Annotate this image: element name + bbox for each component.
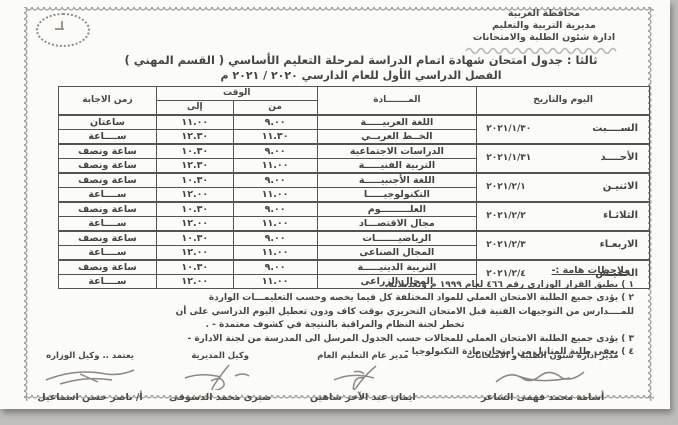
signature-name: ايمان عبد الآخر شاهين bbox=[288, 392, 437, 403]
signature-block-exams-director: مدير ادارة شئون الطلبة و الامتحانات أسام… bbox=[437, 351, 648, 403]
duration-cell: ســــاعة bbox=[59, 246, 157, 261]
table-row: الأحــــد ٢٠٢١/١/٣١ الدراسات الاجتماعية … bbox=[59, 144, 650, 159]
signature-block-ministry-undersecretary: يعتمد .. وكيل الوزاره أ/ ناصر حسن اسماعي… bbox=[28, 351, 152, 403]
signature-title: مدير عام التعليم العام bbox=[288, 351, 437, 361]
time-to-cell: ١٢.٠٠ bbox=[156, 246, 233, 261]
col-header-from: من bbox=[233, 101, 317, 116]
day-date: ٢٠٢١/٢/٣ bbox=[486, 241, 526, 250]
note-line: ٣ ) يؤدى جميع الطلبة الامتحان العملي للم… bbox=[36, 333, 634, 347]
letterhead: محافظة الغربية مديرية التربية والتعليم ا… bbox=[444, 8, 644, 54]
directorate-name: مديرية التربية والتعليم bbox=[444, 20, 644, 31]
table-row: الاثنيـن ٢٠٢١/٢/١ اللغة الأجنبيـــــة ٩.… bbox=[59, 173, 650, 188]
day-date-cell: الاثنيـن ٢٠٢١/٢/١ bbox=[477, 173, 650, 202]
time-to-cell: ١٠.٣٠ bbox=[156, 173, 233, 188]
signature-block-general-education-director: مدير عام التعليم العام ايمان عبد الآخر ش… bbox=[288, 351, 437, 403]
time-to-cell: ١١.٠٠ bbox=[156, 115, 233, 130]
duration-cell: ساعة ونصف bbox=[59, 173, 157, 188]
signature-title: وكيل المديرية bbox=[152, 351, 288, 361]
day-name: الأحــــد bbox=[600, 153, 638, 164]
subject-cell: الدراسات الاجتماعية bbox=[317, 144, 477, 159]
note-line: تخطر لجنة النظام والمراقبة بالنتيجة في ك… bbox=[36, 319, 634, 333]
time-to-cell: ١٢.٠٠ bbox=[156, 188, 233, 203]
time-from-cell: ١١.٠٠ bbox=[233, 246, 317, 261]
time-to-cell: ١٢.٠٠ bbox=[156, 217, 233, 232]
day-date-cell: الأحــــد ٢٠٢١/١/٣١ bbox=[477, 144, 650, 173]
col-header-time: الوقت bbox=[156, 87, 317, 101]
table-header-row: اليوم والتاريخ المـــــــادة الوقت زمن ا… bbox=[59, 87, 650, 101]
governorate-name: محافظة الغربية bbox=[444, 8, 644, 19]
note-line: ٢ ) يؤدى جميع الطلبة الامتحان العملي للم… bbox=[36, 292, 634, 306]
time-from-cell: ٩.٠٠ bbox=[233, 173, 317, 188]
table-row: الثلاثـاء ٢٠٢١/٢/٢ العلـــــــــوم ٩.٠٠ … bbox=[59, 202, 650, 217]
table-row: الاربعـاء ٢٠٢١/٢/٣ الرياضيـــــــات ٩.٠٠… bbox=[59, 231, 650, 246]
time-from-cell: ١١.٠٠ bbox=[233, 188, 317, 203]
signature-name: أسامة محمد فهمى الشاعر bbox=[437, 392, 648, 403]
subject-cell: العلـــــــــوم bbox=[317, 202, 477, 217]
title-line-1: ثالثا : جدول امتحان شهادة اتمام الدراسة … bbox=[66, 53, 656, 67]
duration-cell: ساعة ونصف bbox=[59, 159, 157, 174]
duration-cell: ســــاعة bbox=[59, 130, 157, 145]
subject-cell: الرياضيـــــــات bbox=[317, 231, 477, 246]
day-name: الثلاثـاء bbox=[603, 211, 638, 222]
time-to-cell: ١٢.٣٠ bbox=[156, 130, 233, 145]
time-from-cell: ١١.٠٠ bbox=[233, 159, 317, 174]
note-line: للمــــدارس من التوجيهات الفنية قبل الام… bbox=[36, 306, 634, 320]
time-from-cell: ٩.٠٠ bbox=[233, 202, 317, 217]
time-from-cell: ٩.٠٠ bbox=[233, 115, 317, 130]
administration-name: ادارة شئون الطلبة والامتحانات bbox=[444, 32, 644, 43]
duration-cell: ساعة ونصف bbox=[59, 231, 157, 246]
table-row: الســــبت ٢٠٢١/١/٣٠ اللغة العربيـــــة ٩… bbox=[59, 115, 650, 130]
day-name: الاربعـاء bbox=[600, 240, 638, 251]
day-name: الاثنيـن bbox=[603, 182, 638, 193]
signature-scribble-icon bbox=[175, 364, 265, 390]
title-line-2: الفصل الدراسي الأول للعام الدارسي ٢٠٢٠ /… bbox=[66, 69, 656, 82]
duration-cell: ساعة ونصف bbox=[59, 202, 157, 217]
signature-title: مدير ادارة شئون الطلبة و الامتحانات bbox=[437, 351, 648, 361]
time-from-cell: ١١.٣٠ bbox=[233, 130, 317, 145]
signature-scribble-icon bbox=[488, 366, 598, 388]
signature-name: أ/ ناصر حسن اسماعيل bbox=[28, 392, 152, 403]
signature-block-deputy-directorate: وكيل المديرية صبرى محمد الدسوقى bbox=[152, 351, 288, 403]
document-title: ثالثا : جدول امتحان شهادة اتمام الدراسة … bbox=[66, 53, 656, 82]
time-to-cell: ١٠.٣٠ bbox=[156, 144, 233, 159]
time-to-cell: ١٢.٣٠ bbox=[156, 159, 233, 174]
col-header-to: إلى bbox=[156, 101, 233, 116]
duration-cell: ساعتان bbox=[59, 115, 157, 130]
time-from-cell: ٩.٠٠ bbox=[233, 231, 317, 246]
day-date-cell: الثلاثـاء ٢٠٢١/٢/٢ bbox=[477, 202, 650, 231]
duration-cell: ساعة ونصف bbox=[59, 144, 157, 159]
day-date: ٢٠٢١/٢/١ bbox=[486, 183, 526, 192]
subject-cell: التربية الفنيـــــة bbox=[317, 159, 477, 174]
day-date: ٢٠٢١/٢/٢ bbox=[486, 212, 526, 221]
col-header-subject: المـــــــادة bbox=[317, 87, 477, 116]
time-from-cell: ٩.٠٠ bbox=[233, 144, 317, 159]
col-header-duration: زمن الاجابة bbox=[59, 87, 157, 116]
signature-scribble-icon bbox=[40, 366, 140, 388]
day-date: ٢٠٢١/١/٣٠ bbox=[486, 125, 531, 134]
duration-cell: ســــاعة bbox=[59, 217, 157, 232]
official-seal-icon bbox=[36, 13, 90, 47]
signature-title: يعتمد .. وكيل الوزاره bbox=[28, 351, 152, 361]
exam-schedule-table: اليوم والتاريخ المـــــــادة الوقت زمن ا… bbox=[58, 86, 650, 289]
scanned-exam-schedule-document: محافظة الغربية مديرية التربية والتعليم ا… bbox=[0, 0, 670, 409]
time-to-cell: ١٠.٣٠ bbox=[156, 231, 233, 246]
notes-heading: ملاحظات هامة :- bbox=[552, 265, 630, 276]
decorative-border-left bbox=[24, 7, 30, 401]
day-date: ٢٠٢١/١/٣١ bbox=[486, 154, 531, 163]
subject-cell: التكنولوجيـــــا bbox=[317, 188, 477, 203]
signature-name: صبرى محمد الدسوقى bbox=[152, 392, 288, 403]
subject-cell: المجال الصناعى bbox=[317, 246, 477, 261]
note-line: ١ ) يطبق القرار الوزاري رقم ٤٦٦ لعام ١٩٩… bbox=[36, 279, 634, 293]
subject-cell: الخــط العربــي bbox=[317, 130, 477, 145]
time-from-cell: ١١.٠٠ bbox=[233, 217, 317, 232]
notes-section: ملاحظات هامة :- ١ ) يطبق القرار الوزاري … bbox=[36, 264, 634, 360]
subject-cell: اللغة الأجنبيـــــة bbox=[317, 173, 477, 188]
duration-cell: ســــاعة bbox=[59, 188, 157, 203]
signature-scribble-icon bbox=[318, 364, 408, 390]
subject-cell: اللغة العربيـــــة bbox=[317, 115, 477, 130]
subject-cell: مجال الاقتصـــاد bbox=[317, 217, 477, 232]
day-date-cell: الاربعـاء ٢٠٢١/٢/٣ bbox=[477, 231, 650, 260]
time-to-cell: ١٠.٣٠ bbox=[156, 202, 233, 217]
signatures-section: مدير ادارة شئون الطلبة و الامتحانات أسام… bbox=[28, 351, 648, 403]
day-name: الســــبت bbox=[592, 124, 638, 135]
col-header-day: اليوم والتاريخ bbox=[477, 87, 650, 116]
day-date-cell: الســــبت ٢٠٢١/١/٣٠ bbox=[477, 115, 650, 144]
